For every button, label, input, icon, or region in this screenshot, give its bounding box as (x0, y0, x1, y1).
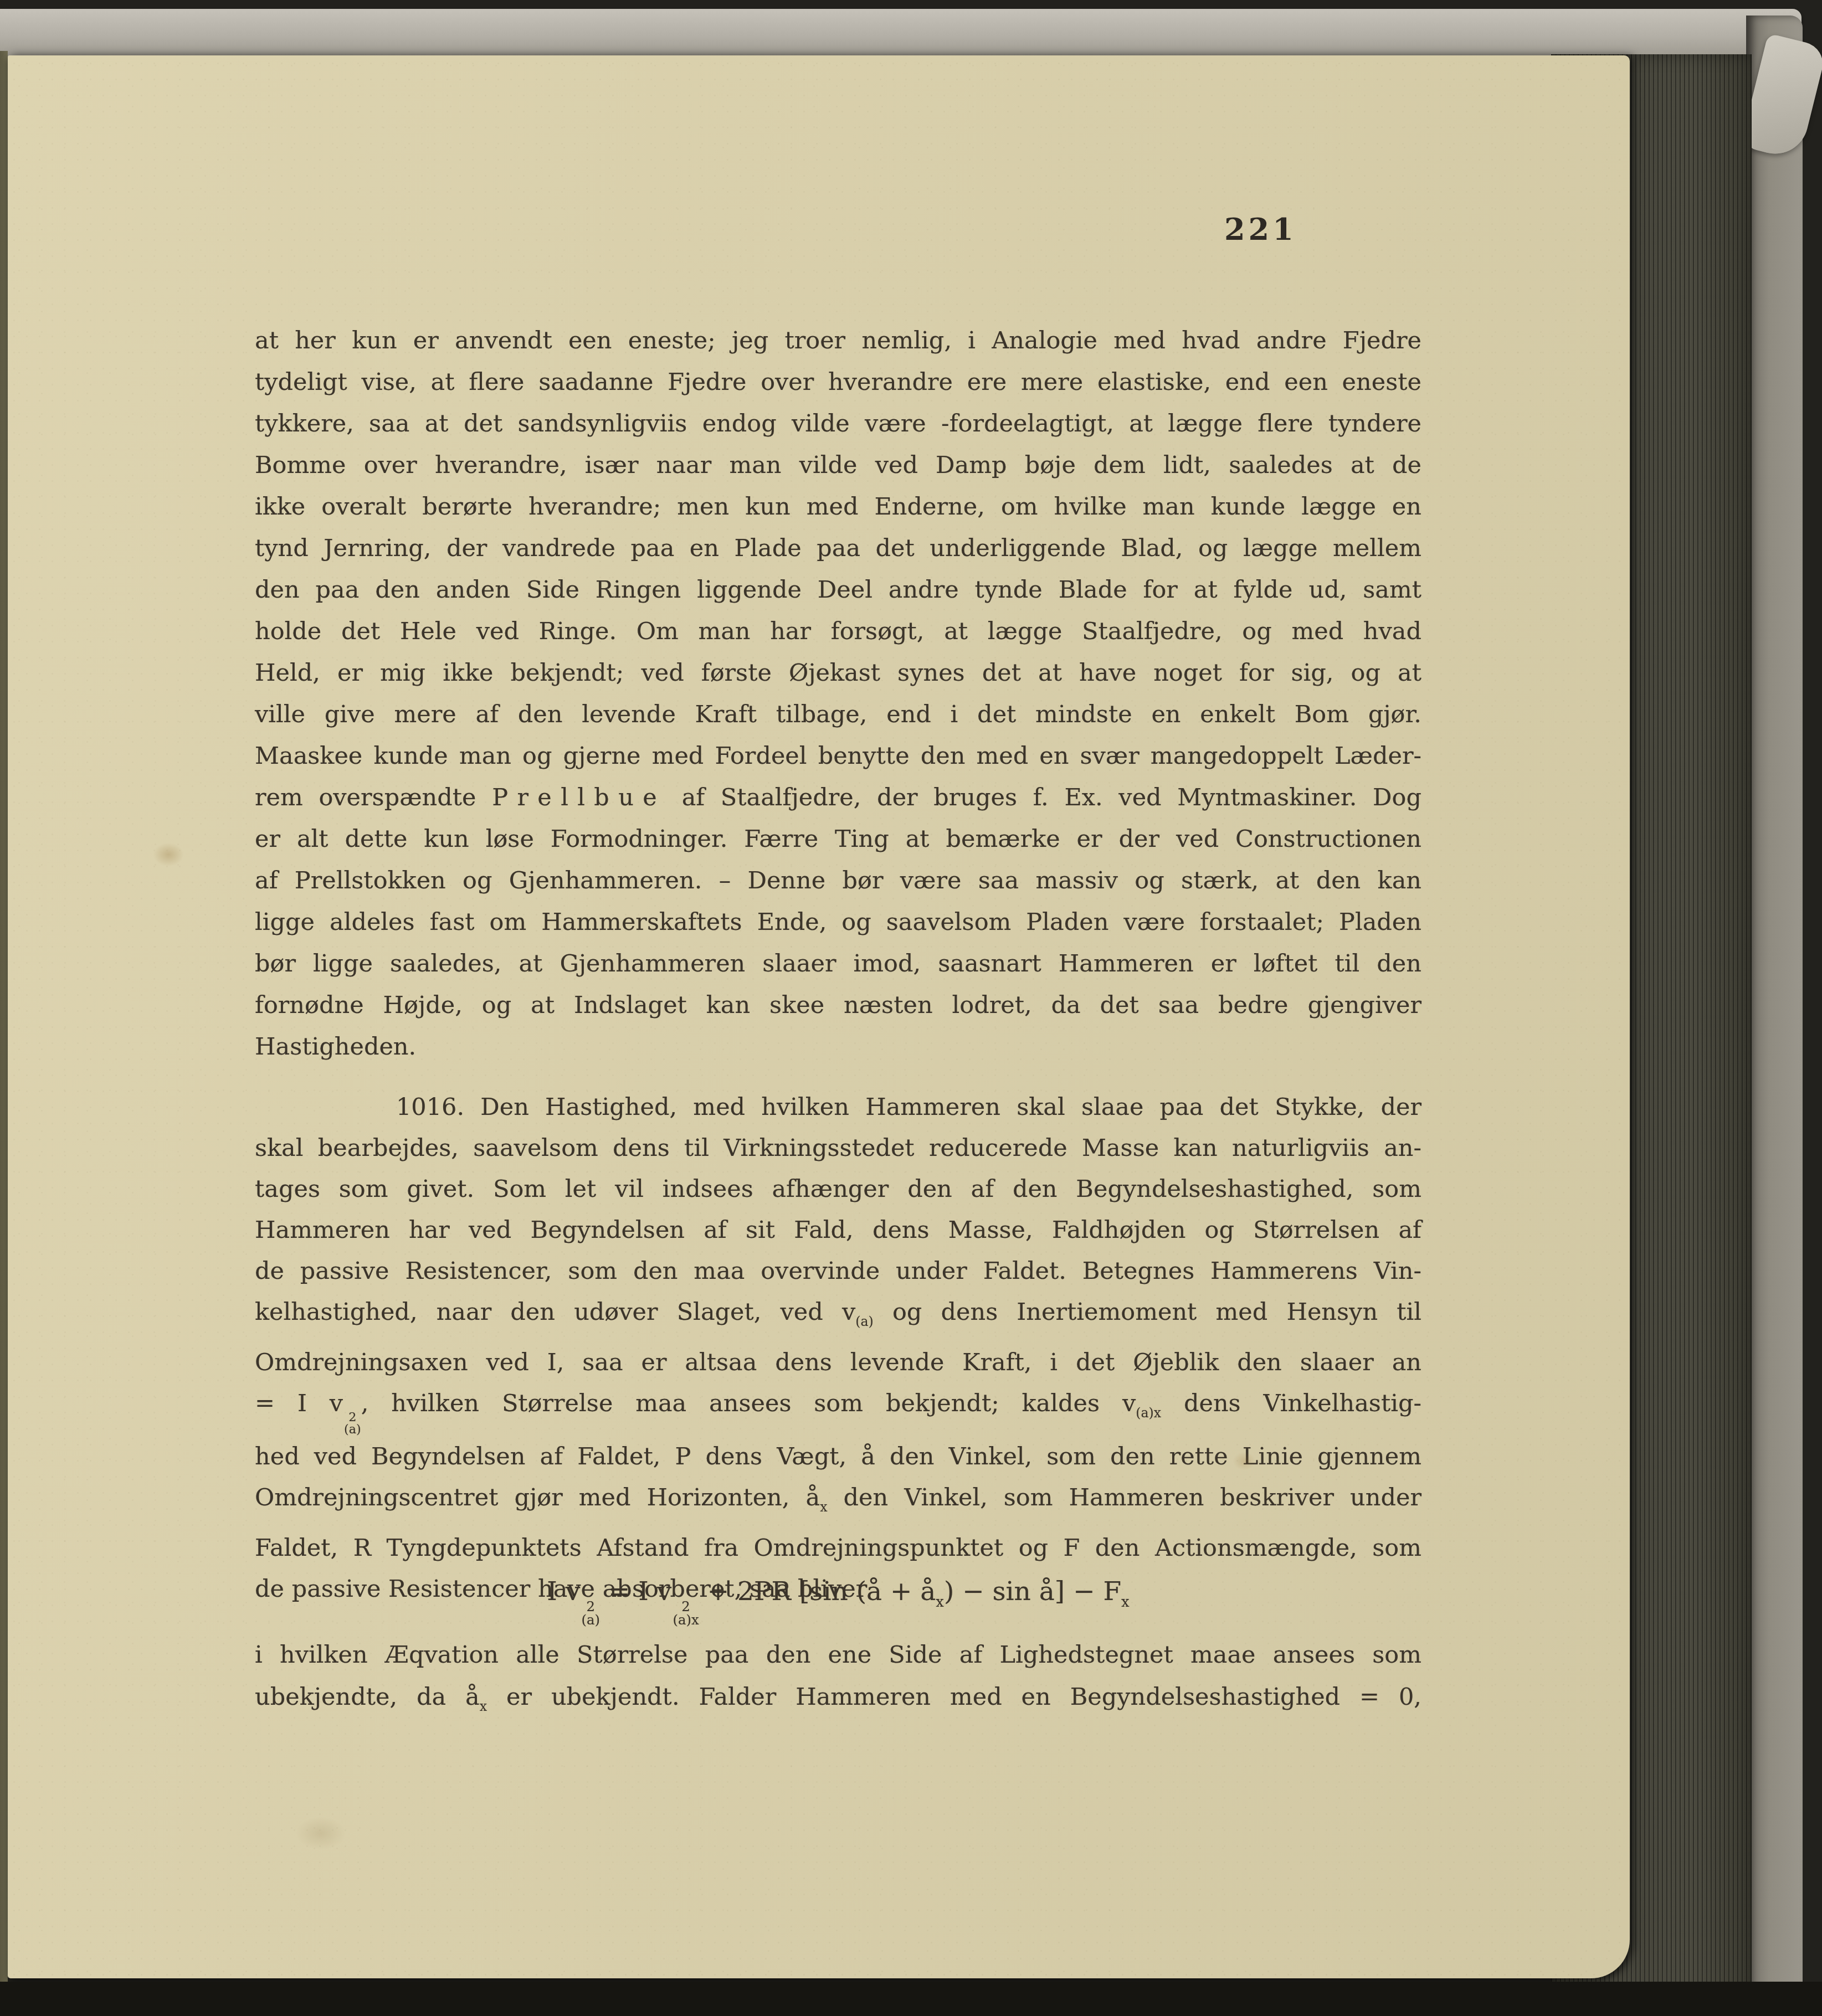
text-line: fornødne Højde, og at Indslaget kan skee… (255, 985, 1421, 1026)
text-line: tydeligt vise, at flere saadanne Fjedre … (255, 362, 1421, 403)
text-line: Hammeren har ved Begyndelsen af sit Fald… (255, 1210, 1421, 1251)
text-line: rem overspændte Prellbue af Staalfjedre,… (255, 777, 1421, 819)
math-variable: v(a) (842, 1298, 874, 1326)
text-line: Omdrejningsaxen ved I, saa er altsaa den… (255, 1342, 1421, 1383)
page-gutter-edge (0, 51, 8, 1983)
book-cover-edge-right (1746, 16, 1803, 2016)
text-line: Held, er mig ikke bekjendt; ved første Ø… (255, 652, 1421, 694)
text-line: tykkere, saa at det sandsynligviis endog… (255, 403, 1421, 445)
page-number: 221 (1224, 212, 1297, 247)
math-variable: v(a)x (1122, 1390, 1161, 1417)
text-line: ligge aldeles fast om Hammerskaftets End… (255, 902, 1421, 943)
text-line: tages som givet. Som let vil indsees afh… (255, 1169, 1421, 1210)
text-line: = I v2(a), hvilken Størrelse maa ansees … (255, 1383, 1421, 1436)
paper-stain (152, 842, 185, 867)
book-page: 221 at her kun er anvendt een eneste; je… (8, 55, 1630, 1978)
text-line: de passive Resistencer, som den maa over… (255, 1251, 1421, 1292)
math-variable: Fx (1103, 1576, 1129, 1607)
text-line: Maaskee kunde man og gjerne med Fordeel … (255, 736, 1421, 777)
text-line: Bomme over hverandre, især naar man vild… (255, 445, 1421, 486)
book-scan: 221 at her kun er anvendt een eneste; je… (0, 0, 1822, 2016)
paragraph-closing: i hvilken Æqvation alle Størrelse paa de… (255, 1634, 1421, 1727)
scan-background-bottom (0, 1982, 1822, 2016)
letterspaced-word: Prellbue (492, 784, 666, 811)
paper-stain (296, 1817, 346, 1850)
text-line: 1016. Den Hastighed, med hvilken Hammere… (255, 1087, 1421, 1128)
paragraph-continuation: at her kun er anvendt een eneste; jeg tr… (255, 320, 1421, 1068)
text-line: kelhastighed, naar den udøver Slaget, ve… (255, 1292, 1421, 1342)
text-line: bør ligge saaledes, at Gjenhammeren slaa… (255, 943, 1421, 985)
text-line: Faldet, R Tyngdepunktets Afstand fra Omd… (255, 1528, 1421, 1568)
math-variable: v2(a) (566, 1576, 600, 1607)
text-line: at her kun er anvendt een eneste; jeg tr… (255, 320, 1421, 362)
math-variable: åx (920, 1576, 944, 1607)
text-line: Omdrejningscentret gjør med Horizonten, … (255, 1477, 1421, 1528)
text-line: er alt dette kun løse Formodninger. Færr… (255, 819, 1421, 860)
text-line: ikke overalt berørte hverandre; men kun … (255, 486, 1421, 528)
text-line: i hvilken Æqvation alle Størrelse paa de… (255, 1634, 1421, 1676)
text-line: af Prellstokken og Gjenhammeren. – Denne… (255, 860, 1421, 902)
math-variable: v2(a) (330, 1390, 361, 1417)
text-line: Hastigheden. (255, 1026, 1421, 1068)
book-cover-edge-top (0, 9, 1802, 59)
math-variable: v2(a)x (657, 1576, 699, 1607)
text-line: hed ved Begyndelsen af Faldet, P dens Væ… (255, 1436, 1421, 1477)
math-variable: åx (465, 1683, 487, 1711)
math-variable: åx (805, 1484, 827, 1511)
text-line: den paa den anden Side Ringen liggende D… (255, 569, 1421, 611)
paragraph-1016: 1016. Den Hastighed, med hvilken Hammere… (255, 1087, 1421, 1609)
text-line: holde det Hele ved Ringe. Om man har for… (255, 611, 1421, 652)
equation-living-force: I v2(a) = I v2(a)x + 2PR [sin (å + åx) −… (255, 1576, 1421, 1627)
text-line: tynd Jernring, der vandrede paa en Plade… (255, 528, 1421, 569)
text-line: skal bearbejdes, saavelsom dens til Virk… (255, 1128, 1421, 1169)
text-line: ville give mere af den levende Kraft til… (255, 694, 1421, 736)
text-line: ubekjendte, da åx er ubekjendt. Falder H… (255, 1676, 1421, 1727)
